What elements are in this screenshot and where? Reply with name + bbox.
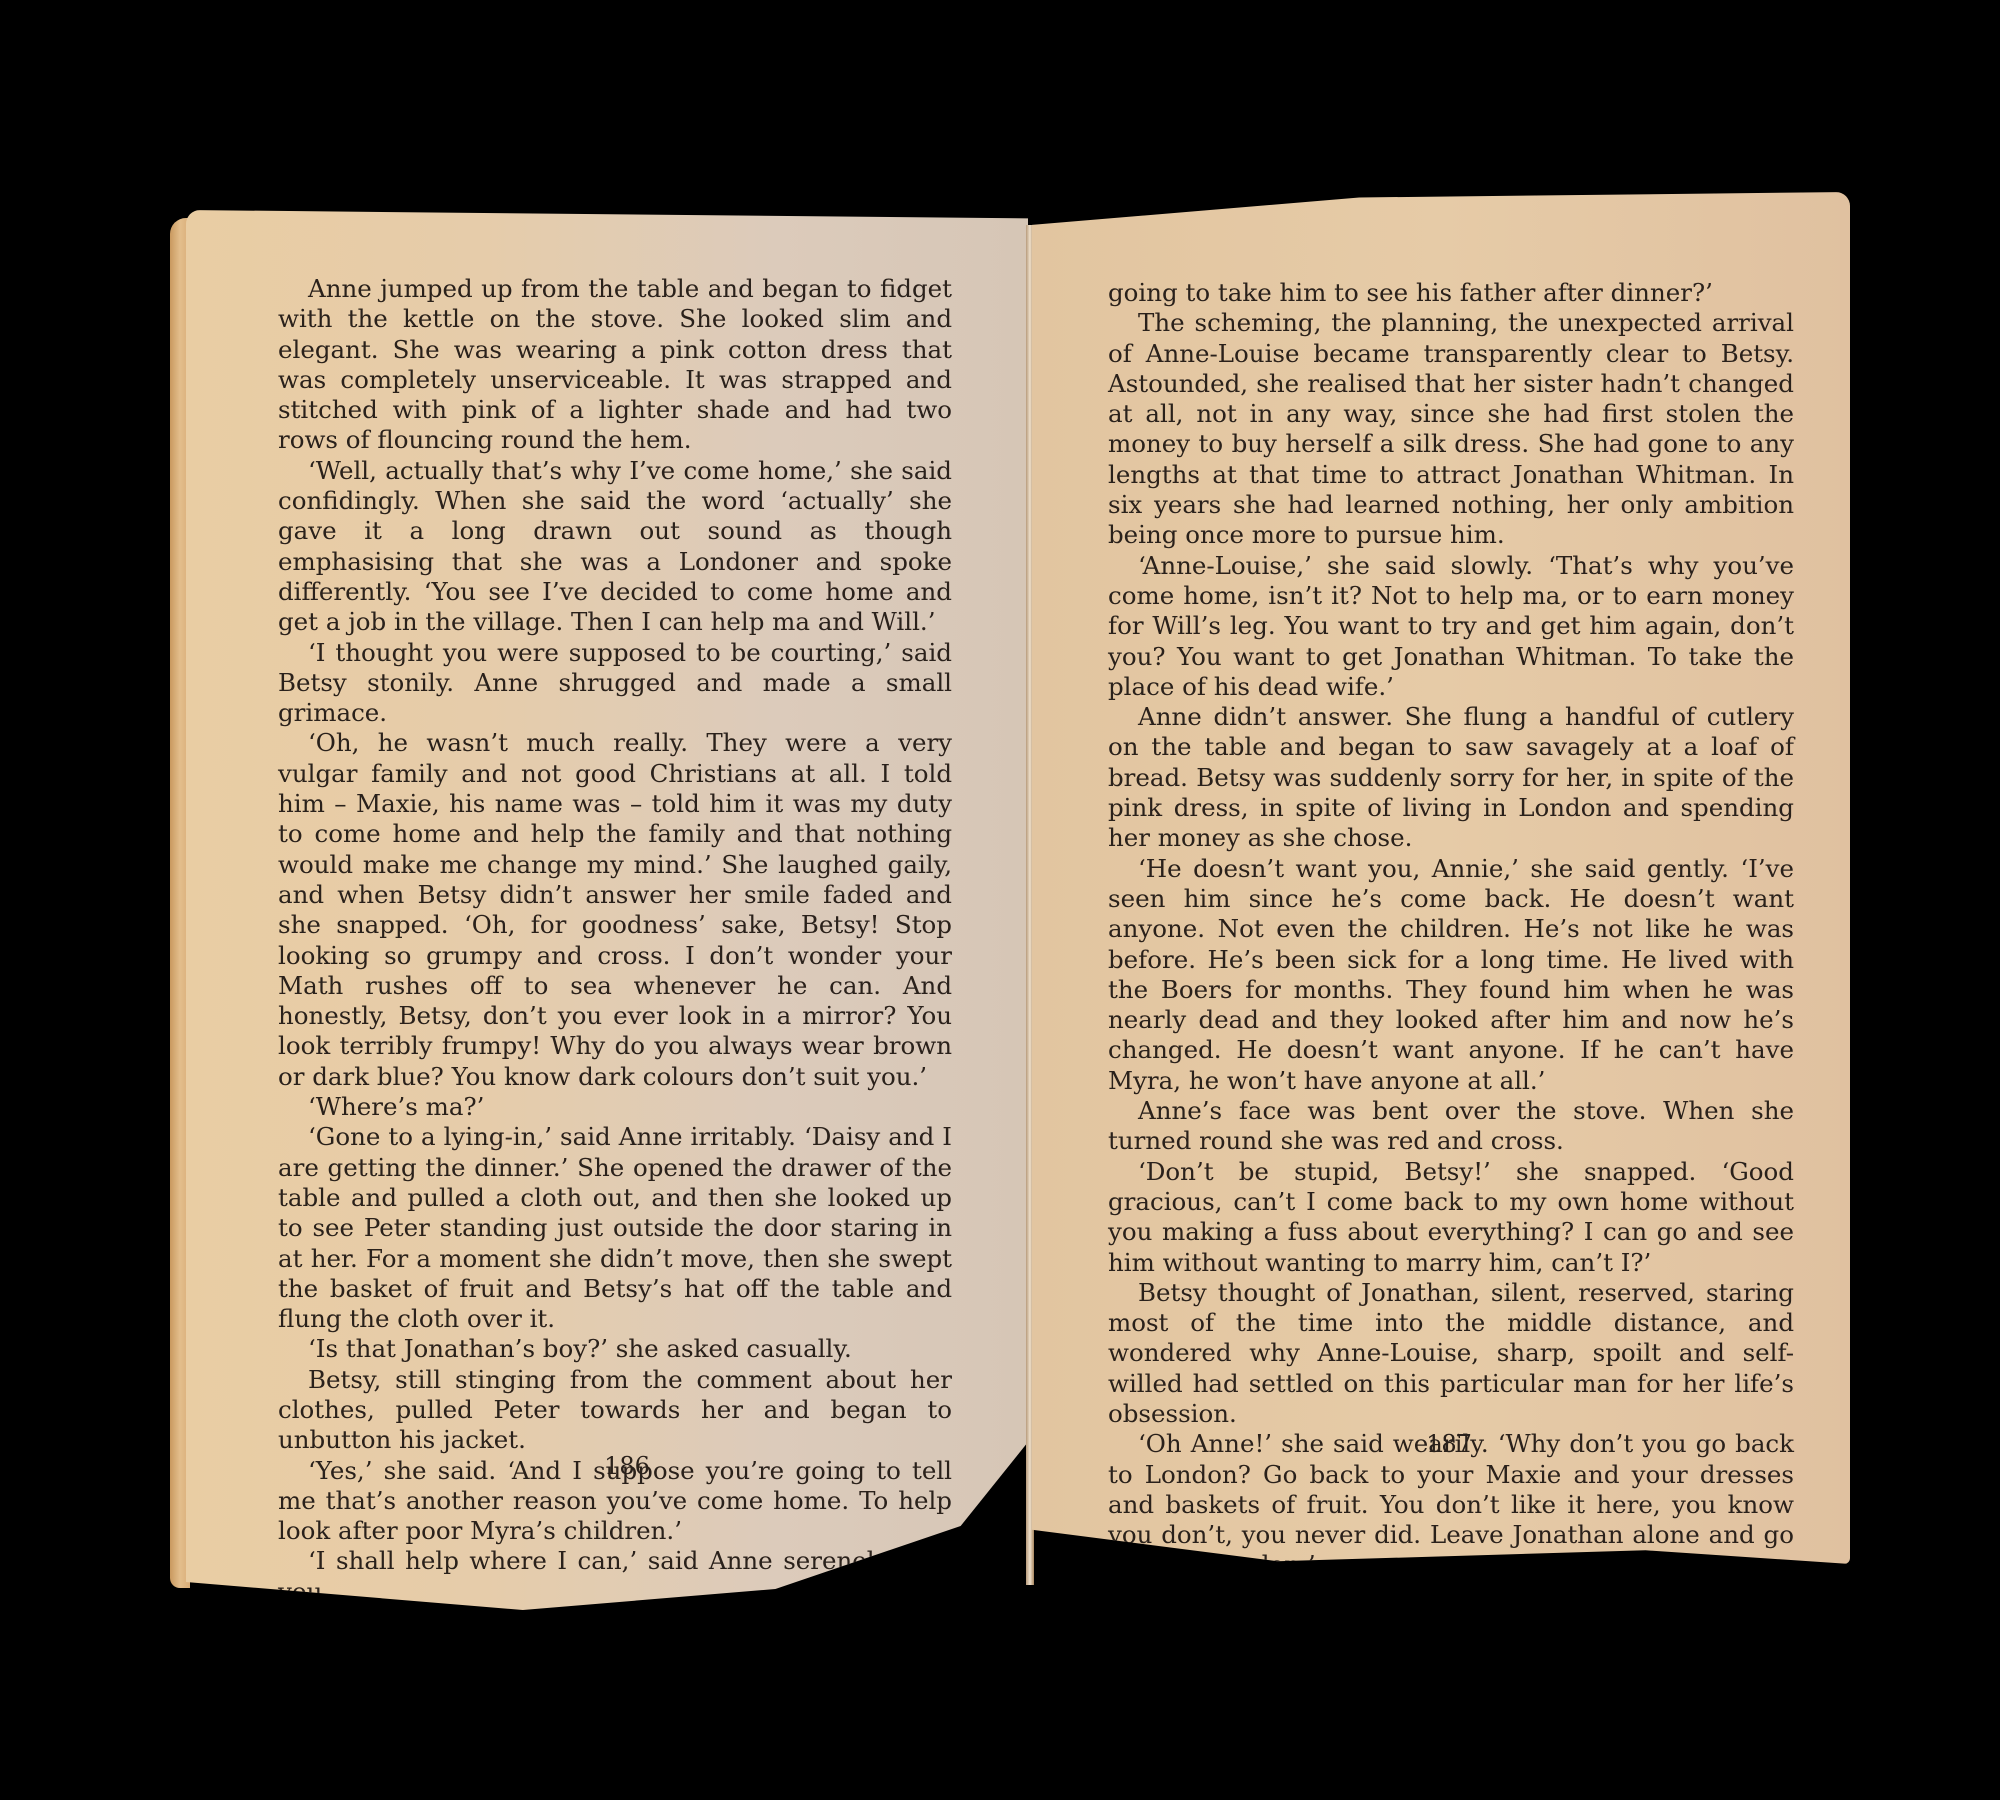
paragraph: ‘Gone to a lying-in,’ said Anne irritabl… <box>278 1122 952 1334</box>
page-number-right: 187 <box>1040 1430 1850 1458</box>
right-page: going to take him to see his father afte… <box>1032 192 1850 1564</box>
right-page-text: going to take him to see his father afte… <box>1108 278 1794 1564</box>
paragraph-continuation: going to take him to see his father afte… <box>1108 278 1794 308</box>
paragraph: ‘Oh, he wasn’t much really. They were a … <box>278 728 952 1092</box>
paragraph: ‘Where’s ma?’ <box>278 1092 952 1122</box>
paragraph: ‘Well, actually that’s why I’ve come hom… <box>278 456 952 638</box>
paragraph: Betsy thought of Jonathan, silent, reser… <box>1108 1278 1794 1429</box>
left-page: Anne jumped up from the table and began … <box>186 210 1028 1610</box>
paragraph: Anne didn’t answer. She flung a handful … <box>1108 702 1794 853</box>
paragraph: ‘Anne-Louise,’ she said slowly. ‘That’s … <box>1108 551 1794 702</box>
paragraph: Betsy, still stinging from the comment a… <box>278 1365 952 1456</box>
paragraph: ‘I shall help where I can,’ said Anne se… <box>278 1546 952 1607</box>
paragraph: Anne jumped up from the table and began … <box>278 274 952 456</box>
paragraph: ‘Is that Jonathan’s boy?’ she asked casu… <box>278 1334 952 1364</box>
paragraph: ‘I thought you were supposed to be court… <box>278 638 952 729</box>
open-book: Anne jumped up from the table and began … <box>0 0 2000 1800</box>
paragraph: The scheming, the planning, the unexpect… <box>1108 308 1794 550</box>
left-page-text: Anne jumped up from the table and began … <box>278 274 952 1607</box>
page-number-left: 186 <box>206 1452 1028 1480</box>
paragraph: Anne’s face was bent over the stove. Whe… <box>1108 1096 1794 1157</box>
paragraph: ‘He doesn’t want you, Annie,’ she said g… <box>1108 854 1794 1096</box>
paragraph: ‘Don’t be stupid, Betsy!’ she snapped. ‘… <box>1108 1157 1794 1278</box>
